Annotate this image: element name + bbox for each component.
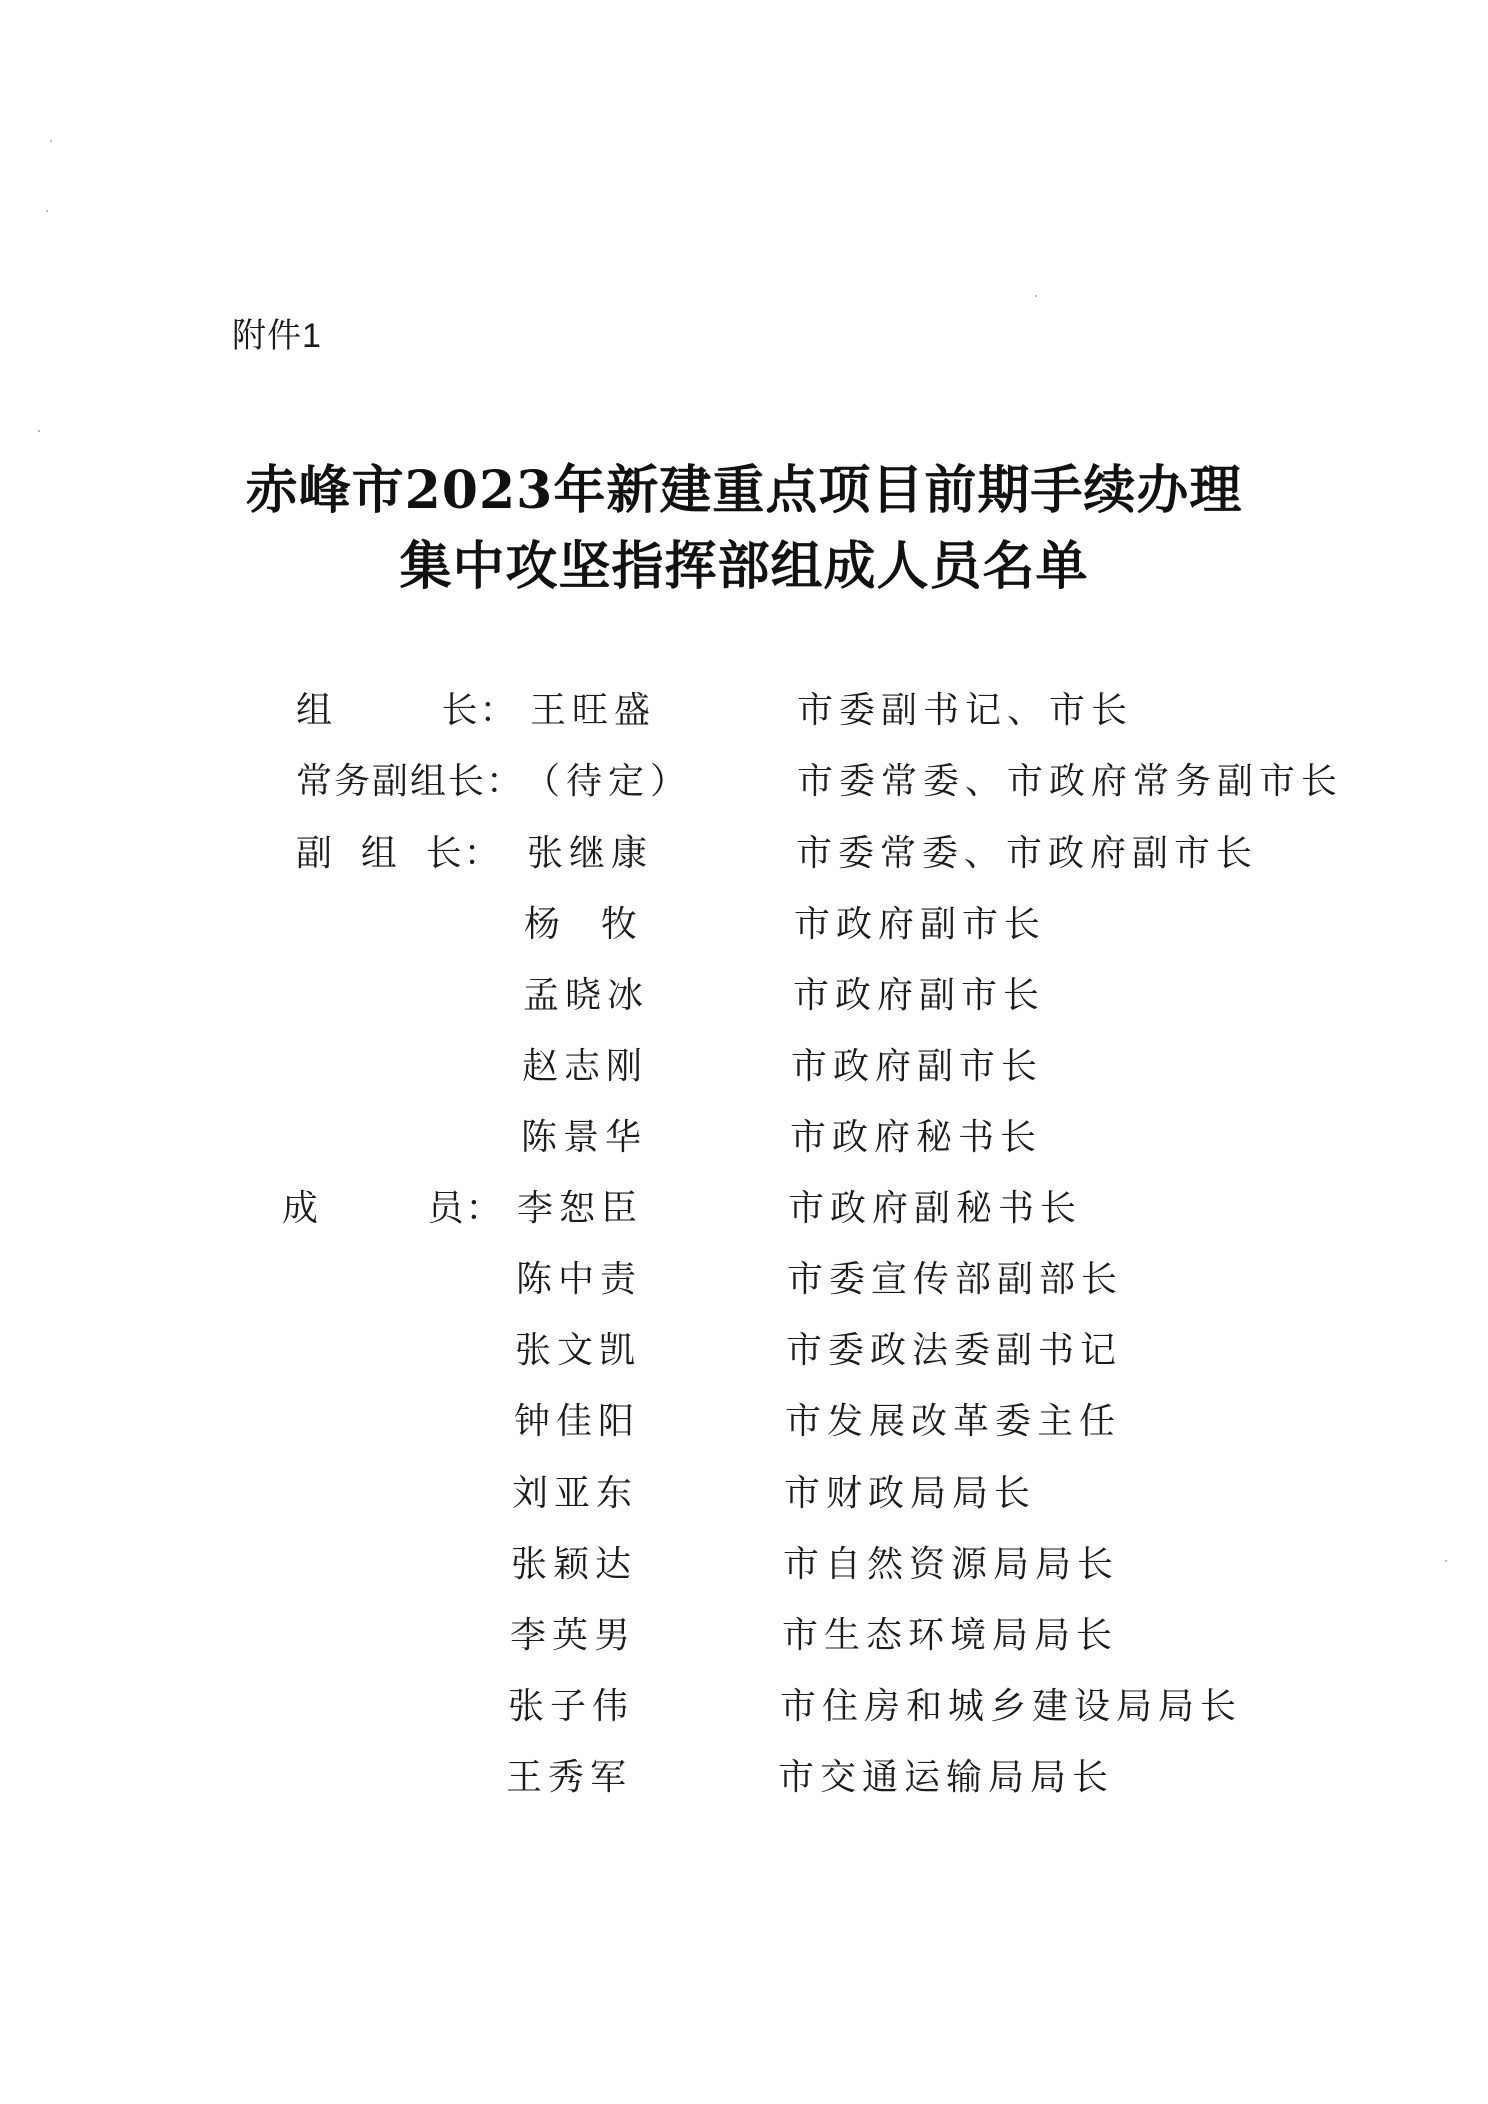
member-role: 市自然资源局局长 [783, 1536, 1119, 1587]
member-name: 赵志刚 [522, 1038, 648, 1089]
member-row: 组 长： 王旺盛 市委副书记、市长 [0, 682, 1488, 742]
document-title-line-2: 集中攻坚指挥部组成人员名单 [0, 524, 1488, 599]
position-label: 副 组 长： [296, 825, 502, 876]
member-role: 市委常委、市政府副市长 [796, 825, 1258, 876]
member-role: 市生态环境局局长 [782, 1607, 1118, 1658]
member-row: 成 员： 李恕臣 市政府副秘书长 [0, 1180, 1488, 1240]
scan-speck [46, 210, 48, 212]
member-row: 赵志刚 市政府副市长 [0, 1038, 1488, 1098]
member-role: 市政府秘书长 [790, 1109, 1042, 1160]
scan-speck [1035, 295, 1037, 297]
member-row: 钟佳阳 市发展改革委主任 [0, 1393, 1488, 1453]
member-name: 陈景华 [521, 1109, 647, 1160]
member-name: （待定） [524, 753, 692, 804]
scan-speck [38, 430, 40, 432]
member-name: 王旺盛 [530, 682, 656, 733]
member-role: 市交通运输局局长 [778, 1749, 1114, 1800]
member-name: 李英男 [510, 1607, 636, 1658]
member-role: 市政府副市长 [794, 896, 1046, 947]
member-row: 副 组 长： 张继康 市委常委、市政府副市长 [0, 825, 1488, 885]
member-row: 张颖达 市自然资源局局长 [0, 1536, 1488, 1596]
member-name: 陈中责 [516, 1251, 642, 1302]
scan-speck [50, 140, 52, 142]
member-name: 张文凯 [515, 1322, 641, 1373]
position-label: 组 长： [296, 682, 518, 733]
member-role: 市政府副市长 [793, 967, 1045, 1018]
member-row: 刘亚东 市财政局局长 [0, 1465, 1488, 1525]
member-name: 张子伟 [508, 1678, 634, 1729]
member-row: 孟晓冰 市政府副市长 [0, 967, 1488, 1027]
member-role: 市委常委、市政府常务副市长 [797, 753, 1343, 804]
member-name: 王秀军 [506, 1749, 632, 1800]
member-name: 杨 牧 [524, 896, 643, 947]
member-name: 张继康 [527, 825, 653, 876]
member-name: 钟佳阳 [514, 1393, 640, 1444]
member-row: 陈景华 市政府秘书长 [0, 1109, 1488, 1169]
member-role: 市住房和城乡建设局局长 [780, 1678, 1242, 1729]
attachment-label: 附件1 [232, 308, 322, 357]
member-name: 孟晓冰 [523, 967, 649, 1018]
member-role: 市政府副市长 [791, 1038, 1043, 1089]
document-title-line-1: 赤峰市2023年新建重点项目前期手续办理 [0, 448, 1488, 523]
position-label: 常务副组长： [296, 753, 524, 804]
member-role: 市委宣传部副部长 [787, 1251, 1123, 1302]
member-name: 李恕臣 [517, 1180, 643, 1231]
member-role: 市发展改革委主任 [785, 1393, 1121, 1444]
member-row: 王秀军 市交通运输局局长 [0, 1749, 1488, 1809]
member-name: 张颖达 [511, 1536, 637, 1587]
member-row: 常务副组长： （待定） 市委常委、市政府常务副市长 [0, 753, 1488, 813]
member-role: 市委副书记、市长 [797, 682, 1133, 733]
member-row: 张文凯 市委政法委副书记 [0, 1322, 1488, 1382]
member-role: 市政府副秘书长 [788, 1180, 1082, 1231]
member-role: 市委政法委副书记 [786, 1322, 1122, 1373]
position-label: 成 员： [282, 1180, 504, 1231]
member-name: 刘亚东 [512, 1465, 638, 1516]
member-row: 李英男 市生态环境局局长 [0, 1607, 1488, 1667]
member-row: 杨 牧 市政府副市长 [0, 896, 1488, 956]
scan-speck [1445, 1560, 1447, 1562]
member-role: 市财政局局长 [784, 1465, 1036, 1516]
member-row: 陈中责 市委宣传部副部长 [0, 1251, 1488, 1311]
member-row: 张子伟 市住房和城乡建设局局长 [0, 1678, 1488, 1738]
